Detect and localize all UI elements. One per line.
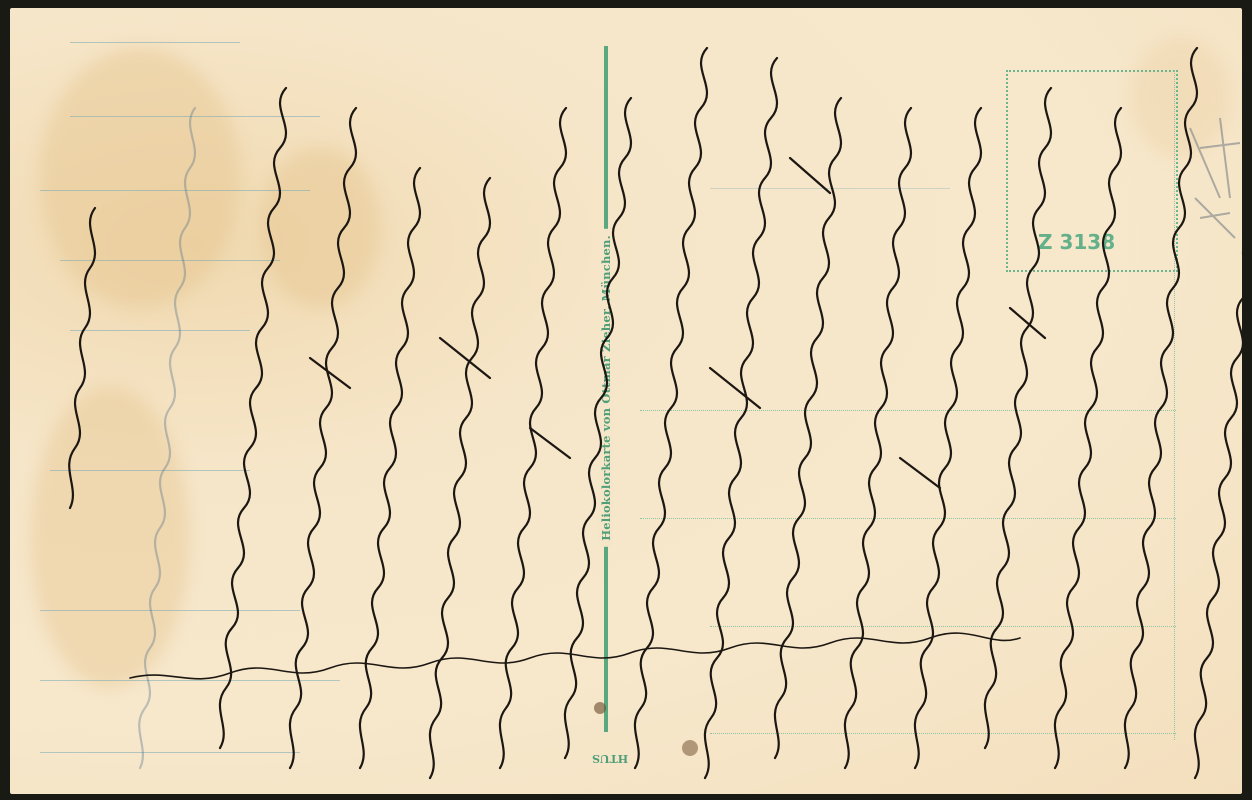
postcard-back: Heliokolorkarte von Ottmar Zieher, Münch… [10, 8, 1242, 794]
handwriting [10, 8, 1242, 794]
